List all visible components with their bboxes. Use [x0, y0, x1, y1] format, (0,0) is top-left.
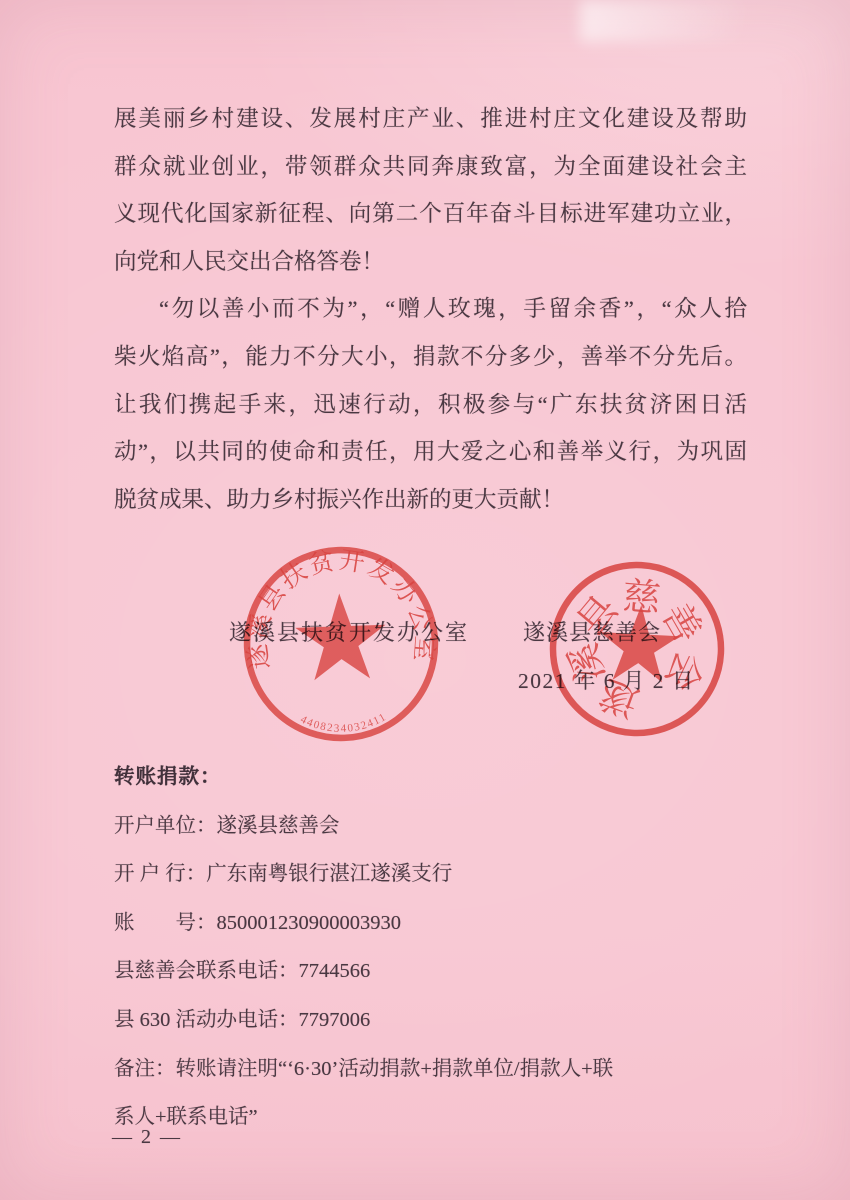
transfer-line: 账 号：850001230900003930 — [114, 899, 774, 948]
transfer-line: 开户单位：遂溪县慈善会 — [114, 802, 774, 851]
body-line: 义现代化国家新征程、向第二个百年奋斗目标进军建功立业， — [114, 190, 747, 238]
official-seal-right: 遂 溪 县 慈 善 会 — [543, 555, 730, 742]
body-line: 向党和人民交出合格答卷！ — [114, 238, 747, 286]
transfer-line: 备注：转账请注明“‘6·30’活动捐款+捐款单位/捐款人+联 — [114, 1045, 774, 1094]
body-line: “勿以善小而不为”，“赠人玫瑰，手留余香”，“众人拾 — [114, 285, 747, 333]
svg-text:4408234032411: 4408234032411 — [298, 711, 389, 737]
body-line: 柴火焰高”，能力不分大小，捐款不分多少，善举不分先后。 — [114, 333, 747, 381]
body-line: 脱贫成果、助力乡村振兴作出新的更大贡献！ — [114, 476, 747, 524]
scanned-letter-page: 展美丽乡村建设、发展村庄产业、推进村庄文化建设及帮助 群众就业创业，带领群众共同… — [0, 0, 850, 1200]
signature-left-org: 遂溪县扶贫开发办公室 — [229, 616, 469, 647]
letter-body: 展美丽乡村建设、发展村庄产业、推进村庄文化建设及帮助 群众就业创业，带领群众共同… — [114, 95, 747, 523]
seal-char: 慈 — [621, 576, 663, 621]
signature-right-org: 遂溪县慈善会 — [523, 616, 661, 647]
seal-ring-text: 遂溪县扶贫开发办公室 — [240, 543, 439, 671]
transfer-info-block: 转账捐款： 开户单位：遂溪县慈善会 开 户 行：广东南粤银行湛江遂溪支行 账 号… — [114, 753, 774, 1142]
transfer-line: 开 户 行：广东南粤银行湛江遂溪支行 — [114, 850, 774, 899]
body-line: 让我们携起手来，迅速行动，积极参与“广东扶贫济困日活 — [114, 381, 747, 429]
svg-text:遂溪县扶贫开发办公室: 遂溪县扶贫开发办公室 — [240, 543, 439, 671]
transfer-line: 县 630 活动办电话：7797006 — [114, 996, 774, 1045]
body-line: 动”，以共同的使命和责任，用大爱之心和善举义行，为巩固 — [114, 428, 747, 476]
page-number: — 2 — — [112, 1126, 182, 1149]
seal-ring — [549, 561, 726, 738]
scan-light-artifact — [580, 0, 850, 42]
transfer-line: 县慈善会联系电话：7744566 — [114, 947, 774, 996]
body-line: 展美丽乡村建设、发展村庄产业、推进村庄文化建设及帮助 — [114, 95, 747, 143]
seal-char: 善 — [653, 597, 708, 651]
signature-date: 2021 年 6 月 2 日 — [518, 664, 695, 695]
transfer-line: 系人+联系电话” — [114, 1093, 774, 1142]
seal-code: 4408234032411 — [298, 711, 389, 737]
transfer-heading: 转账捐款： — [114, 753, 774, 802]
body-line: 群众就业创业，带领群众共同奔康致富，为全面建设社会主 — [114, 143, 747, 191]
